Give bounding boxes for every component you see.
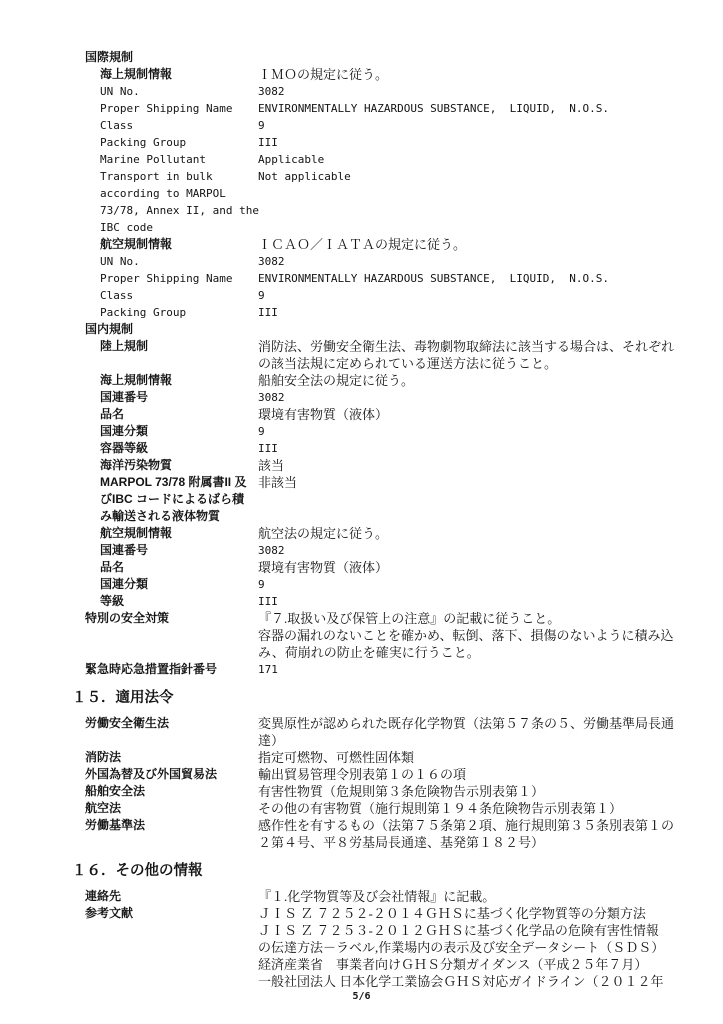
field-value: 9 <box>258 423 663 440</box>
field-value: ＩＣＡＯ／ＩＡＴＡの規定に従う。 <box>258 236 663 253</box>
field-value-line: 非該当 <box>258 474 663 491</box>
field-value-line: 3082 <box>258 542 663 559</box>
field-label-line: 航空法 <box>85 800 258 817</box>
field-label-line: み輸送される液体物質 <box>100 508 258 525</box>
field-value-line: 達） <box>258 732 663 749</box>
field-value-line: ＪＩＳ Ｚ ７２５３-２０１２ＧＨＳに基づく化学品の危険有害性情報 <box>258 922 663 939</box>
field-row: 労働安全衛生法変異原性が認められた既存化学物質（法第５７条の５、労働基準局長通達… <box>72 715 663 749</box>
field-label-line: 容器等級 <box>100 440 258 457</box>
field-label-line: 国連番号 <box>100 542 258 559</box>
field-value: ENVIRONMENTALLY HAZARDOUS SUBSTANCE, LIQ… <box>258 270 663 287</box>
field-value: 3082 <box>258 253 663 270</box>
field-row: Class9 <box>72 287 663 304</box>
field-value: 3082 <box>258 389 663 406</box>
field-label-line: IBC code <box>100 219 258 236</box>
field-label: 海上規制情報 <box>100 372 258 389</box>
field-value-line: ２第４号、平８労基局長通達、基発第１８２号） <box>258 834 663 851</box>
field-label: 参考文献 <box>85 905 258 922</box>
field-label: 国連番号 <box>100 389 258 406</box>
field-label: Class <box>100 287 258 304</box>
field-value: 9 <box>258 576 663 593</box>
field-row: UN No.3082 <box>72 83 663 100</box>
field-label: Transport in bulkaccording to MARPOL73/7… <box>100 168 258 236</box>
field-value-line: 感作性を有するもの（法第７５条第２項、施行規則第３５条別表第１の <box>258 817 663 834</box>
field-row: 特別の安全対策『７.取扱い及び保管上の注意』の記載に従うこと。容器の漏れのないこ… <box>72 610 663 661</box>
field-value: 『１.化学物質等及び会社情報』に記載。 <box>258 888 663 905</box>
field-value: 消防法、労働安全衛生法、毒物劇物取締法に該当する場合は、それぞれの該当法規に定め… <box>258 338 663 372</box>
field-label: Class <box>100 117 258 134</box>
field-value-line: その他の有害物質（施行規則第１９４条危険物告示別表第１） <box>258 800 663 817</box>
field-label-line: 等級 <box>100 593 258 610</box>
field-value-line: 環境有害物質（液体） <box>258 559 663 576</box>
field-label-line: 国内規制 <box>85 321 258 338</box>
field-label-line: 海上規制情報 <box>100 372 258 389</box>
field-value-line: 一般社団法人 日本化学工業協会ＧＨＳ対応ガイドライン（２０１２年 <box>258 973 663 990</box>
field-label-line: Transport in bulk <box>100 168 258 185</box>
group-label-row: 国際規制 <box>72 49 663 66</box>
field-value: Applicable <box>258 151 663 168</box>
section-heading-16: １６．その他の情報 <box>72 861 663 881</box>
field-value-line: の伝達方法－ラベル,作業場内の表示及び安全データシート（ＳＤＳ） <box>258 939 663 956</box>
field-value: 『７.取扱い及び保管上の注意』の記載に従うこと。容器の漏れのないことを確かめ、転… <box>258 610 663 661</box>
field-value-line: 9 <box>258 287 663 304</box>
field-row: 国連分類9 <box>72 423 663 440</box>
field-row: 海洋汚染物質該当 <box>72 457 663 474</box>
field-value-line: 消防法、労働安全衛生法、毒物劇物取締法に該当する場合は、それぞれ <box>258 338 663 355</box>
field-value-line: 9 <box>258 423 663 440</box>
field-label: 等級 <box>100 593 258 610</box>
field-value: 環境有害物質（液体） <box>258 406 663 423</box>
field-label: Packing Group <box>100 304 258 321</box>
field-row: 航空法その他の有害物質（施行規則第１９４条危険物告示別表第１） <box>72 800 663 817</box>
page-number: 5/6 <box>0 991 723 1002</box>
field-value: III <box>258 134 663 151</box>
field-value: その他の有害物質（施行規則第１９４条危険物告示別表第１） <box>258 800 663 817</box>
field-label-line: Proper Shipping Name <box>100 270 258 287</box>
field-value-line: 航空法の規定に従う。 <box>258 525 663 542</box>
section-heading-15: １５．適用法令 <box>72 688 663 708</box>
field-label-line: Class <box>100 117 258 134</box>
field-row: 連絡先『１.化学物質等及び会社情報』に記載。 <box>72 888 663 905</box>
field-value: ENVIRONMENTALLY HAZARDOUS SUBSTANCE, LIQ… <box>258 100 663 117</box>
field-value: 3082 <box>258 83 663 100</box>
field-value-line: 有害性物質（危規則第３条危険物告示別表第１） <box>258 783 663 800</box>
field-value-line: 『７.取扱い及び保管上の注意』の記載に従うこと。 <box>258 610 663 627</box>
field-row: 参考文献ＪＩＳ Ｚ ７２５２-２０１４ＧＨＳに基づく化学物質等の分類方法ＪＩＳ … <box>72 905 663 990</box>
field-value: 環境有害物質（液体） <box>258 559 663 576</box>
field-row: 陸上規制消防法、労働安全衛生法、毒物劇物取締法に該当する場合は、それぞれの該当法… <box>72 338 663 372</box>
field-value: 9 <box>258 287 663 304</box>
field-label-line: UN No. <box>100 83 258 100</box>
field-label-line: 消防法 <box>85 749 258 766</box>
field-value-line: 変異原性が認められた既存化学物質（法第５７条の５、労働基準局長通 <box>258 715 663 732</box>
field-label: Marine Pollutant <box>100 151 258 168</box>
field-label-line: Marine Pollutant <box>100 151 258 168</box>
field-row: 国連分類9 <box>72 576 663 593</box>
field-label: 海洋汚染物質 <box>100 457 258 474</box>
sds-document-page: 国際規制海上規制情報ＩＭＯの規定に従う。UN No.3082Proper Shi… <box>0 0 723 1024</box>
field-row: Packing GroupIII <box>72 134 663 151</box>
field-label-line: びIBC コードによるばら積 <box>100 491 258 508</box>
field-row: 航空規制情報航空法の規定に従う。 <box>72 525 663 542</box>
field-row: 船舶安全法有害性物質（危規則第３条危険物告示別表第１） <box>72 783 663 800</box>
field-value-line: ENVIRONMENTALLY HAZARDOUS SUBSTANCE, LIQ… <box>258 270 663 287</box>
field-label-line: UN No. <box>100 253 258 270</box>
other-information: 連絡先『１.化学物質等及び会社情報』に記載。参考文献ＪＩＳ Ｚ ７２５２-２０１… <box>72 888 663 990</box>
field-label-line: Packing Group <box>100 134 258 151</box>
field-value: III <box>258 304 663 321</box>
field-row: 外国為替及び外国貿易法輸出貿易管理令別表第１の１６の項 <box>72 766 663 783</box>
field-value: 171 <box>258 661 663 678</box>
field-value: 船舶安全法の規定に従う。 <box>258 372 663 389</box>
field-label: 外国為替及び外国貿易法 <box>85 766 258 783</box>
field-value-line: Applicable <box>258 151 663 168</box>
field-label-line: according to MARPOL <box>100 185 258 202</box>
field-row: 品名環境有害物質（液体） <box>72 406 663 423</box>
field-label-line: 海上規制情報 <box>100 66 258 83</box>
field-value: Not applicable <box>258 168 663 185</box>
field-value-line: ＪＩＳ Ｚ ７２５２-２０１４ＧＨＳに基づく化学物質等の分類方法 <box>258 905 663 922</box>
field-value-line: 『１.化学物質等及び会社情報』に記載。 <box>258 888 663 905</box>
field-label: Packing Group <box>100 134 258 151</box>
field-value-line: ENVIRONMENTALLY HAZARDOUS SUBSTANCE, LIQ… <box>258 100 663 117</box>
field-value: 3082 <box>258 542 663 559</box>
field-value-line: 環境有害物質（液体） <box>258 406 663 423</box>
field-value-line: 171 <box>258 661 663 678</box>
field-label-line: 73/78, Annex II, and the <box>100 202 258 219</box>
field-row: UN No.3082 <box>72 253 663 270</box>
field-row: 容器等級III <box>72 440 663 457</box>
field-label-line: 品名 <box>100 406 258 423</box>
field-label: 船舶安全法 <box>85 783 258 800</box>
field-value-line: III <box>258 593 663 610</box>
field-label: Proper Shipping Name <box>100 270 258 287</box>
field-label: 航空法 <box>85 800 258 817</box>
field-row: 海上規制情報ＩＭＯの規定に従う。 <box>72 66 663 83</box>
field-value-line: 船舶安全法の規定に従う。 <box>258 372 663 389</box>
field-value-line: III <box>258 440 663 457</box>
field-row: 消防法指定可燃物、可燃性固体類 <box>72 749 663 766</box>
field-value: ＪＩＳ Ｚ ７２５２-２０１４ＧＨＳに基づく化学物質等の分類方法ＪＩＳ Ｚ ７２… <box>258 905 663 990</box>
field-label: 品名 <box>100 406 258 423</box>
field-label-line: 緊急時応急措置指針番号 <box>85 661 258 678</box>
field-label: 国連分類 <box>100 576 258 593</box>
field-label-line: Class <box>100 287 258 304</box>
field-row: MARPOL 73/78 附属書II 及びIBC コードによるばら積み輸送される… <box>72 474 663 525</box>
field-value-line: III <box>258 304 663 321</box>
field-label: 海上規制情報 <box>100 66 258 83</box>
field-row: Class9 <box>72 117 663 134</box>
field-value-line: III <box>258 134 663 151</box>
document-body: 国際規制海上規制情報ＩＭＯの規定に従う。UN No.3082Proper Shi… <box>72 49 663 990</box>
field-label-line: 労働安全衛生法 <box>85 715 258 732</box>
field-row: 品名環境有害物質（液体） <box>72 559 663 576</box>
field-value: 9 <box>258 117 663 134</box>
field-label: MARPOL 73/78 附属書II 及びIBC コードによるばら積み輸送される… <box>100 474 258 525</box>
field-label-line: Packing Group <box>100 304 258 321</box>
field-label-line: MARPOL 73/78 附属書II 及 <box>100 474 258 491</box>
field-row: 海上規制情報船舶安全法の規定に従う。 <box>72 372 663 389</box>
field-value-line: Not applicable <box>258 168 663 185</box>
field-value-line: の該当法規に定められている運送方法に従うこと。 <box>258 355 663 372</box>
field-label-line: 国際規制 <box>85 49 258 66</box>
field-label: UN No. <box>100 253 258 270</box>
field-label: 容器等級 <box>100 440 258 457</box>
field-label: 連絡先 <box>85 888 258 905</box>
field-label: 特別の安全対策 <box>85 610 258 627</box>
field-label: Proper Shipping Name <box>100 100 258 117</box>
group-label-row: 国内規制 <box>72 321 663 338</box>
field-row: Packing GroupIII <box>72 304 663 321</box>
field-value: 輸出貿易管理令別表第１の１６の項 <box>258 766 663 783</box>
field-label-line: 国連分類 <box>100 576 258 593</box>
field-value: ＩＭＯの規定に従う。 <box>258 66 663 83</box>
field-label-line: 陸上規制 <box>100 338 258 355</box>
field-value-line: み、荷崩れの防止を確実に行うこと。 <box>258 644 663 661</box>
field-row: 労働基準法感作性を有するもの（法第７５条第２項、施行規則第３５条別表第１の２第４… <box>72 817 663 851</box>
field-label-line: 海洋汚染物質 <box>100 457 258 474</box>
field-label: 労働基準法 <box>85 817 258 834</box>
field-label: 国際規制 <box>85 49 258 66</box>
field-value-line: 3082 <box>258 83 663 100</box>
field-label-line: 特別の安全対策 <box>85 610 258 627</box>
field-value-line: 経済産業省 事業者向けＧＨＳ分類ガイダンス（平成２５年７月） <box>258 956 663 973</box>
field-label-line: 外国為替及び外国貿易法 <box>85 766 258 783</box>
field-label: 国連番号 <box>100 542 258 559</box>
field-value: 該当 <box>258 457 663 474</box>
field-label: 品名 <box>100 559 258 576</box>
field-value-line: 該当 <box>258 457 663 474</box>
field-label: 労働安全衛生法 <box>85 715 258 732</box>
field-value: III <box>258 593 663 610</box>
field-value-line: 指定可燃物、可燃性固体類 <box>258 749 663 766</box>
field-value-line: ＩＣＡＯ／ＩＡＴＡの規定に従う。 <box>258 236 663 253</box>
field-label-line: 国連番号 <box>100 389 258 406</box>
field-value-line: 容器の漏れのないことを確かめ、転倒、落下、損傷のないように積み込 <box>258 627 663 644</box>
field-label: 緊急時応急措置指針番号 <box>85 661 258 678</box>
field-value: 感作性を有するもの（法第７５条第２項、施行規則第３５条別表第１の２第４号、平８労… <box>258 817 663 851</box>
field-label-line: 労働基準法 <box>85 817 258 834</box>
field-value-line: 9 <box>258 576 663 593</box>
field-value-line: 輸出貿易管理令別表第１の１６の項 <box>258 766 663 783</box>
field-row: 国連番号3082 <box>72 542 663 559</box>
field-label: 国連分類 <box>100 423 258 440</box>
field-value: 有害性物質（危規則第３条危険物告示別表第１） <box>258 783 663 800</box>
field-value: 変異原性が認められた既存化学物質（法第５７条の５、労働基準局長通達） <box>258 715 663 749</box>
field-label-line: 品名 <box>100 559 258 576</box>
field-label-line: 参考文献 <box>85 905 258 922</box>
field-value-line: 3082 <box>258 389 663 406</box>
field-label: 航空規制情報 <box>100 525 258 542</box>
field-value: 非該当 <box>258 474 663 491</box>
field-row: Proper Shipping NameENVIRONMENTALLY HAZA… <box>72 270 663 287</box>
field-value-line: 9 <box>258 117 663 134</box>
field-label-line: 航空規制情報 <box>100 236 258 253</box>
field-value-line: 3082 <box>258 253 663 270</box>
field-label: 陸上規制 <box>100 338 258 355</box>
field-row: 国連番号3082 <box>72 389 663 406</box>
field-row: Marine PollutantApplicable <box>72 151 663 168</box>
field-label: 航空規制情報 <box>100 236 258 253</box>
transport-information: 国際規制海上規制情報ＩＭＯの規定に従う。UN No.3082Proper Shi… <box>72 49 663 678</box>
field-label: 消防法 <box>85 749 258 766</box>
field-row: Transport in bulkaccording to MARPOL73/7… <box>72 168 663 236</box>
field-label-line: 船舶安全法 <box>85 783 258 800</box>
field-label: UN No. <box>100 83 258 100</box>
field-row: Proper Shipping NameENVIRONMENTALLY HAZA… <box>72 100 663 117</box>
field-value: 航空法の規定に従う。 <box>258 525 663 542</box>
field-value-line: ＩＭＯの規定に従う。 <box>258 66 663 83</box>
field-label-line: 国連分類 <box>100 423 258 440</box>
field-label: 国内規制 <box>85 321 258 338</box>
field-row: 航空規制情報ＩＣＡＯ／ＩＡＴＡの規定に従う。 <box>72 236 663 253</box>
field-value: III <box>258 440 663 457</box>
field-row: 緊急時応急措置指針番号171 <box>72 661 663 678</box>
field-label-line: Proper Shipping Name <box>100 100 258 117</box>
field-label-line: 航空規制情報 <box>100 525 258 542</box>
applicable-laws: 労働安全衛生法変異原性が認められた既存化学物質（法第５７条の５、労働基準局長通達… <box>72 715 663 851</box>
field-label-line: 連絡先 <box>85 888 258 905</box>
field-value: 指定可燃物、可燃性固体類 <box>258 749 663 766</box>
field-row: 等級III <box>72 593 663 610</box>
